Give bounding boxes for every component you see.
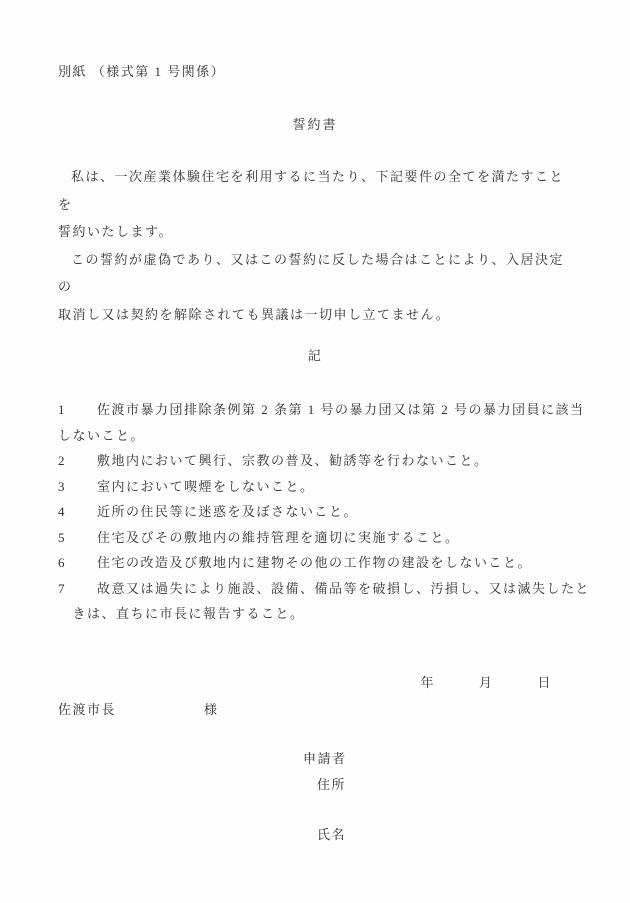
applicant-label: 申請者 bbox=[303, 751, 572, 767]
pledge-item-text: 近所の住民等に迷惑を及ぼさないこと。 bbox=[97, 504, 358, 519]
pledge-item-number: 3 bbox=[58, 474, 97, 500]
pledge-item-number: 5 bbox=[58, 525, 97, 551]
paragraph-line: 私は、一次産業体験住宅を利用するに当たり、下記要件の全てを満たすことを bbox=[58, 163, 572, 218]
pledge-item: 7故意又は過失により施設、設備、備品等を破損し、汚損し、又は滅失したと bbox=[58, 576, 572, 602]
pledge-item-number: 4 bbox=[58, 499, 97, 525]
pledge-document-page: 別紙 （様式第 1 号関係） 誓約書 私は、一次産業体験住宅を利用するに当たり、… bbox=[0, 0, 630, 903]
pledge-item-text: 室内において喫煙をしないこと。 bbox=[97, 479, 315, 494]
pledge-list: 1佐渡市暴力団排除条例第 2 条第 1 号の暴力団又は第 2 号の暴力団員に該当… bbox=[58, 397, 572, 627]
pledge-item-text: 住宅の改造及び敷地内に建物その他の工作物の建設をしないこと。 bbox=[97, 555, 532, 570]
addressee-honorific: 様 bbox=[204, 702, 219, 718]
document-title: 誓約書 bbox=[58, 117, 572, 133]
year-label: 年 bbox=[420, 675, 435, 690]
pledge-item-text: 敷地内において興行、宗教の普及、勧誘等を行わないこと。 bbox=[97, 453, 489, 468]
pledge-item: 2敷地内において興行、宗教の普及、勧誘等を行わないこと。 bbox=[58, 448, 572, 474]
body-paragraphs: 私は、一次産業体験住宅を利用するに当たり、下記要件の全てを満たすことを 誓約いた… bbox=[58, 163, 572, 328]
paragraph-line: 取消し又は契約を解除されても異議は一切申し立てません。 bbox=[58, 301, 572, 329]
pledge-item-number: 1 bbox=[58, 397, 97, 423]
ki-heading: 記 bbox=[58, 348, 572, 364]
attachment-note: 別紙 （様式第 1 号関係） bbox=[58, 63, 572, 80]
addressee-line: 佐渡市長様 bbox=[58, 702, 572, 718]
pledge-item-text: きは、直ちに市長に報告すること。 bbox=[58, 606, 305, 621]
pledge-item-continuation: しないこと。 bbox=[58, 423, 572, 449]
pledge-item-text: しないこと。 bbox=[58, 428, 145, 443]
paragraph: 私は、一次産業体験住宅を利用するに当たり、下記要件の全てを満たすことを 誓約いた… bbox=[58, 163, 572, 246]
pledge-item-number: 7 bbox=[58, 576, 97, 602]
pledge-item: 1佐渡市暴力団排除条例第 2 条第 1 号の暴力団又は第 2 号の暴力団員に該当 bbox=[58, 397, 572, 423]
paragraph-line: この誓約が虚偽であり、又はこの誓約に反した場合はことにより、入居決定の bbox=[58, 246, 572, 301]
applicant-address-label: 住所 bbox=[317, 777, 572, 793]
day-label: 日 bbox=[537, 675, 552, 691]
pledge-item: 5住宅及びその敷地内の維持管理を適切に実施すること。 bbox=[58, 525, 572, 551]
paragraph: この誓約が虚偽であり、又はこの誓約に反した場合はことにより、入居決定の 取消し又… bbox=[58, 246, 572, 329]
month-label: 月 bbox=[479, 675, 494, 691]
paragraph-line: 誓約いたします。 bbox=[58, 218, 572, 246]
applicant-name-label: 氏名 bbox=[317, 827, 572, 843]
pledge-item: 3室内において喫煙をしないこと。 bbox=[58, 474, 572, 500]
pledge-item: 4近所の住民等に迷惑を及ぼさないこと。 bbox=[58, 499, 572, 525]
pledge-item-text: 故意又は過失により施設、設備、備品等を破損し、汚損し、又は滅失したと bbox=[97, 581, 590, 596]
date-line: 年月日 bbox=[58, 675, 572, 691]
pledge-item-text: 住宅及びその敷地内の維持管理を適切に実施すること。 bbox=[97, 530, 460, 545]
pledge-item-number: 6 bbox=[58, 550, 97, 576]
pledge-item-text: 佐渡市暴力団排除条例第 2 条第 1 号の暴力団又は第 2 号の暴力団員に該当 bbox=[97, 402, 585, 417]
addressee-name: 佐渡市長 bbox=[58, 702, 116, 717]
pledge-item: 6住宅の改造及び敷地内に建物その他の工作物の建設をしないこと。 bbox=[58, 550, 572, 576]
pledge-item-continuation: きは、直ちに市長に報告すること。 bbox=[58, 601, 572, 627]
pledge-item-number: 2 bbox=[58, 448, 97, 474]
